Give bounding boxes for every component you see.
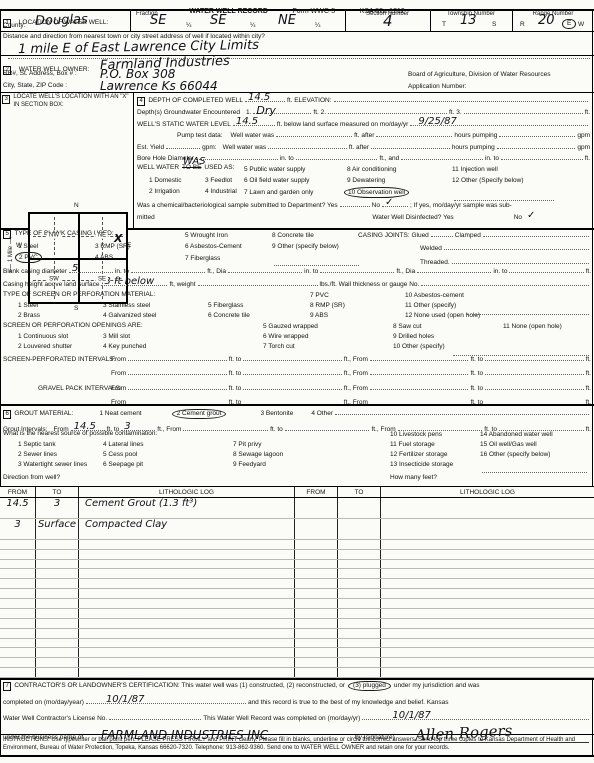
lith-to-cell[interactable] bbox=[36, 668, 79, 677]
casing-height-field[interactable]: 3 ft below bbox=[101, 278, 167, 286]
well-use-option[interactable]: 4 Industrial bbox=[205, 186, 237, 197]
diam-b: ft., Dia bbox=[207, 268, 226, 276]
lith-log-cell[interactable] bbox=[381, 569, 594, 578]
fraction-2-field[interactable]: SE bbox=[210, 13, 226, 28]
ft-label: ft. bbox=[586, 385, 591, 393]
lith-log-cell[interactable] bbox=[79, 619, 295, 628]
lith-from-cell[interactable] bbox=[0, 619, 36, 628]
gravel-row-2: From ft. to ft., From ft. to ft. bbox=[3, 397, 591, 407]
static-level-field[interactable]: 14.5 bbox=[233, 118, 275, 126]
lith-to-cell[interactable] bbox=[338, 540, 381, 549]
lith-log-cell[interactable] bbox=[381, 648, 594, 657]
lith-to-cell[interactable] bbox=[36, 599, 79, 608]
lith-from-cell[interactable] bbox=[295, 498, 338, 518]
lith-header-to: TO bbox=[338, 487, 381, 497]
lith-to-cell[interactable] bbox=[338, 599, 381, 608]
static-date-field[interactable]: 9/25/87 bbox=[410, 118, 588, 126]
grout-option-1[interactable]: 1 Neat cement bbox=[99, 410, 141, 418]
well-use-option[interactable]: 10 Observation well bbox=[344, 187, 409, 198]
lith-to-cell[interactable] bbox=[338, 619, 381, 628]
bore-a: in. to bbox=[280, 155, 294, 163]
county-label: County: bbox=[3, 22, 25, 30]
lith-log-cell[interactable]: Cement Grout (1.3 ft³) bbox=[79, 498, 295, 518]
openings-section: SCREEN OR PERFORATION OPENINGS ARE: 1 Co… bbox=[3, 322, 591, 352]
lith-table-row[interactable] bbox=[0, 668, 594, 678]
joints-welded[interactable]: Welded bbox=[420, 245, 442, 253]
diam-a: in. to bbox=[115, 268, 129, 276]
screen-option[interactable]: 2 Brass bbox=[18, 311, 40, 321]
lith-from-cell[interactable] bbox=[0, 599, 36, 608]
lith-from-cell[interactable] bbox=[295, 639, 338, 648]
contam-option[interactable]: 10 Livestock pens bbox=[390, 430, 442, 440]
lith-from-cell[interactable] bbox=[0, 569, 36, 578]
lith-from-cell[interactable] bbox=[295, 658, 338, 667]
lith-to-cell[interactable] bbox=[338, 550, 381, 559]
dotted-leader bbox=[128, 368, 226, 375]
dotted-leader bbox=[482, 466, 587, 473]
lith-log-cell[interactable] bbox=[381, 658, 594, 667]
dotted-leader bbox=[401, 153, 483, 160]
lith-log-cell[interactable] bbox=[381, 589, 594, 598]
casing-option[interactable]: 7 Fiberglass bbox=[185, 253, 220, 264]
quarter-glyph: ¼ bbox=[186, 22, 191, 30]
openings-option[interactable]: 5 Gauzed wrapped bbox=[263, 322, 318, 332]
lith-log-cell[interactable] bbox=[381, 540, 594, 549]
diam-f: ft. bbox=[586, 268, 591, 276]
casing-option[interactable]: 8 Concrete tile bbox=[272, 230, 314, 241]
well-use-col-4: 8 Air conditioning9 Dewatering10 Observa… bbox=[347, 164, 409, 198]
dotted-leader bbox=[499, 130, 575, 137]
lith-from-cell[interactable] bbox=[295, 648, 338, 657]
range-field[interactable]: 20 bbox=[538, 13, 555, 28]
lith-to-cell[interactable]: 3 bbox=[36, 498, 79, 518]
well-use-option[interactable]: 9 Dewatering bbox=[347, 175, 385, 186]
openings-option[interactable]: 3 Mill slot bbox=[103, 332, 130, 342]
grout-option-4[interactable]: 4 Other bbox=[311, 410, 333, 418]
section-number-box: 3 bbox=[2, 95, 10, 104]
lith-table-row[interactable] bbox=[0, 540, 594, 550]
lith-log-cell[interactable] bbox=[79, 589, 295, 598]
lith-log-cell[interactable] bbox=[79, 560, 295, 569]
groundwater-1-field[interactable]: Dry bbox=[253, 106, 311, 114]
casing-col-3: 5 Wrought Iron6 Asbestos-Cement7 Fibergl… bbox=[185, 230, 242, 264]
dotted-leader bbox=[334, 95, 588, 102]
contam-option[interactable]: 12 Fertilizer storage bbox=[390, 450, 447, 460]
casing-option[interactable]: 2 PVC bbox=[15, 252, 42, 263]
casing-option[interactable]: 1 Steel bbox=[18, 241, 38, 252]
screen-option[interactable]: 3 Stainless steel bbox=[103, 301, 150, 311]
lith-from-cell[interactable] bbox=[0, 550, 36, 559]
lith-log-cell[interactable] bbox=[381, 579, 594, 588]
water-well-record-form: WATER WELL RECORD Form WWC-5 KSA 82a-121… bbox=[0, 0, 594, 763]
lith-header-log: LITHOLOGIC LOG bbox=[381, 487, 594, 497]
lith-from-cell[interactable] bbox=[295, 599, 338, 608]
pump-test-label: Pump test data: bbox=[177, 132, 223, 140]
lith-log-cell[interactable] bbox=[381, 498, 594, 518]
fraction-3-field[interactable]: NE bbox=[278, 13, 296, 28]
contam-option[interactable]: 3 Watertight sewer lines bbox=[18, 460, 87, 470]
well-use-option[interactable]: 6 Oil field water supply bbox=[244, 175, 309, 186]
lith-log-cell[interactable] bbox=[381, 639, 594, 648]
cert-text-1: CONTRACTOR'S OR LANDOWNER'S CERTIFICATIO… bbox=[14, 682, 345, 690]
lith-to-cell[interactable] bbox=[36, 658, 79, 667]
lith-log-cell[interactable] bbox=[381, 550, 594, 559]
diam-c: in. to bbox=[304, 268, 318, 276]
lith-table-row[interactable] bbox=[0, 560, 594, 570]
lith-to-cell[interactable] bbox=[36, 639, 79, 648]
direction-from-well-label: Direction from well? bbox=[3, 474, 60, 482]
lith-to-cell[interactable] bbox=[338, 569, 381, 578]
dotted-leader bbox=[370, 354, 468, 361]
openings-option[interactable]: 8 Saw cut bbox=[393, 322, 422, 332]
lith-from-cell[interactable] bbox=[295, 519, 338, 539]
spacer bbox=[73, 408, 99, 415]
lith-to-cell[interactable] bbox=[338, 579, 381, 588]
lith-log-cell[interactable] bbox=[381, 599, 594, 608]
lith-to-cell[interactable] bbox=[36, 550, 79, 559]
openings-option[interactable]: 2 Louvered shutter bbox=[18, 342, 72, 352]
lith-from-cell[interactable] bbox=[295, 589, 338, 598]
dotted-leader bbox=[485, 354, 583, 361]
yield-a: gpm: bbox=[202, 144, 216, 152]
dotted-leader bbox=[340, 200, 370, 207]
lith-to-cell[interactable] bbox=[36, 619, 79, 628]
lith-log-cell[interactable]: Compacted Clay bbox=[79, 519, 295, 539]
height-a: ft, weight bbox=[169, 281, 195, 289]
lith-from-cell[interactable] bbox=[295, 560, 338, 569]
section-number-field[interactable]: 4 bbox=[383, 12, 393, 30]
screen-col-5: 10 Asbestos-cement11 Other (specify)12 N… bbox=[405, 291, 480, 321]
contam-option[interactable]: 14 Abandoned water well bbox=[480, 430, 553, 440]
lith-log-cell[interactable] bbox=[79, 579, 295, 588]
well-use-col-2: 3 Feedlot4 Industrial bbox=[205, 175, 237, 198]
screen-option[interactable]: 5 Fiberglass bbox=[208, 301, 243, 311]
lith-table-row[interactable] bbox=[0, 619, 594, 629]
grout-option-3[interactable]: 3 Bentonite bbox=[260, 410, 293, 418]
lith-log-cell[interactable] bbox=[381, 629, 594, 638]
casing-option[interactable]: 5 Wrought Iron bbox=[185, 230, 228, 241]
ft-to-label: ft. to bbox=[229, 356, 242, 364]
lith-log-cell[interactable] bbox=[79, 609, 295, 618]
contamination-section: What is the nearest source of possible c… bbox=[3, 430, 591, 486]
cert-row-1: 7 CONTRACTOR'S OR LANDOWNER'S CERTIFICAT… bbox=[3, 681, 591, 691]
lith-to-cell[interactable] bbox=[338, 609, 381, 618]
contam-option[interactable]: 6 Seepage pit bbox=[103, 460, 143, 470]
lith-log-cell[interactable] bbox=[79, 599, 295, 608]
well-use-option[interactable]: 2 Irrigation bbox=[149, 186, 180, 197]
screen-option[interactable]: 4 Galvanized steel bbox=[103, 311, 156, 321]
range-w: W bbox=[578, 21, 584, 29]
township-field[interactable]: 13 bbox=[460, 13, 477, 28]
well-use-option[interactable]: 1 Domestic bbox=[149, 175, 182, 186]
lith-from-cell[interactable] bbox=[0, 560, 36, 569]
dotted-leader bbox=[198, 279, 318, 286]
screen-option[interactable]: 6 Concrete tile bbox=[208, 311, 250, 321]
gravel-label: GRAVEL PACK INTERVALS: bbox=[3, 385, 111, 393]
pump-test-b: ft. after bbox=[354, 132, 374, 140]
lith-to-cell[interactable] bbox=[338, 589, 381, 598]
openings-option[interactable]: 1 Continuous slot bbox=[18, 332, 68, 342]
lith-from-cell[interactable] bbox=[295, 609, 338, 618]
lith-to-cell[interactable]: Surface bbox=[36, 519, 79, 539]
lith-from-cell[interactable]: 3 bbox=[0, 519, 36, 539]
dotted-leader bbox=[417, 266, 491, 273]
casing-option[interactable]: 9 Other (specify below) bbox=[272, 241, 339, 252]
range-e-circled[interactable]: E bbox=[562, 19, 576, 29]
lith-to-cell[interactable] bbox=[36, 589, 79, 598]
ft-from-label: ft., From bbox=[344, 385, 368, 393]
lith-from-cell[interactable] bbox=[295, 540, 338, 549]
contam-col-3: 7 Pit privy8 Sewage lagoon9 Feedyard bbox=[233, 440, 283, 470]
lith-table-row[interactable] bbox=[0, 589, 594, 599]
lith-log-cell[interactable] bbox=[79, 639, 295, 648]
openings-option[interactable]: 7 Torch cut bbox=[263, 342, 295, 352]
casing-option[interactable]: 6 Asbestos-Cement bbox=[185, 241, 242, 252]
county-field[interactable]: Douglas bbox=[35, 12, 88, 29]
lith-table-row[interactable] bbox=[0, 569, 594, 579]
well-use-label-2: USED AS: bbox=[204, 164, 234, 172]
screen-option[interactable]: 9 ABS bbox=[310, 311, 328, 321]
lith-from-cell[interactable] bbox=[0, 648, 36, 657]
casing-col-2: 3 RMP (SR)4 ABS bbox=[95, 241, 130, 264]
screen-col-4: 7 PVC8 RMP (SR)9 ABS bbox=[310, 291, 345, 321]
casing-option[interactable]: 4 ABS bbox=[95, 252, 113, 263]
lith-table-row[interactable] bbox=[0, 579, 594, 589]
fraction-1-field[interactable]: SE bbox=[150, 13, 166, 28]
depth-completed-field[interactable]: 14.5 bbox=[245, 94, 285, 102]
joints-clamped[interactable]: Clamped bbox=[455, 232, 481, 240]
openings-option[interactable]: 4 Key punched bbox=[103, 342, 146, 352]
contam-option[interactable]: 4 Lateral lines bbox=[103, 440, 143, 450]
contam-option[interactable]: 13 Insecticide storage bbox=[390, 460, 453, 470]
dotted-leader bbox=[328, 107, 447, 114]
screen-option[interactable]: 7 PVC bbox=[310, 291, 329, 301]
lith-table-row[interactable]: 3 Surface Compacted Clay bbox=[0, 519, 594, 540]
lith-to-cell[interactable] bbox=[338, 668, 381, 677]
lith-to-cell[interactable] bbox=[36, 609, 79, 618]
lith-from-cell[interactable]: 14.5 bbox=[0, 498, 36, 518]
dotted-leader bbox=[467, 308, 589, 315]
openings-col-5: 11 None (open hole) bbox=[503, 322, 562, 332]
how-many-feet-label: How many feet? bbox=[390, 474, 437, 482]
contam-option[interactable]: 1 Septic tank bbox=[18, 440, 56, 450]
form-number: Form WWC-5 bbox=[292, 8, 335, 15]
groundwater-label: Depth(s) Groundwater Encountered bbox=[137, 109, 240, 117]
ft-from-label: ft., From bbox=[344, 370, 368, 378]
casing-option[interactable]: 3 RMP (SR) bbox=[95, 241, 130, 252]
lith-log-cell[interactable] bbox=[381, 619, 594, 628]
sample-question: Was a chemical/bacteriological sample su… bbox=[137, 202, 338, 210]
certification-section: 7 CONTRACTOR'S OR LANDOWNER'S CERTIFICAT… bbox=[3, 681, 591, 733]
dotted-leader bbox=[128, 354, 226, 361]
lith-to-cell[interactable] bbox=[36, 629, 79, 638]
lith-table-row[interactable] bbox=[0, 658, 594, 668]
groundwater-row: Depth(s) Groundwater Encountered 1. Dry … bbox=[137, 106, 590, 117]
lith-table-row[interactable] bbox=[0, 648, 594, 658]
lith-log-cell[interactable] bbox=[79, 540, 295, 549]
contam-option[interactable]: 8 Sewage lagoon bbox=[233, 450, 283, 460]
contam-option[interactable]: 9 Feedyard bbox=[233, 460, 266, 470]
lith-to-cell[interactable] bbox=[338, 560, 381, 569]
screen-option[interactable]: 1 Steel bbox=[18, 301, 38, 311]
lith-to-cell[interactable] bbox=[338, 498, 381, 518]
dotted-leader bbox=[131, 266, 205, 273]
lith-from-cell[interactable] bbox=[295, 579, 338, 588]
diam-d: ft., Dia bbox=[396, 268, 415, 276]
lith-to-cell[interactable] bbox=[36, 648, 79, 657]
casing-diameter-field[interactable]: 5 bbox=[69, 265, 113, 273]
disinfected-label: Water Well Disinfected? Yes bbox=[372, 214, 453, 222]
well-use-was-handwriting: WAS bbox=[183, 156, 206, 168]
grout-section: 6 GROUT MATERIAL: 1 Neat cement 2 Cement… bbox=[3, 408, 591, 430]
lith-from-cell[interactable] bbox=[0, 589, 36, 598]
lith-log-cell[interactable] bbox=[79, 629, 295, 638]
lith-from-cell[interactable] bbox=[0, 540, 36, 549]
lith-from-cell[interactable] bbox=[0, 579, 36, 588]
dotted-leader bbox=[444, 243, 589, 250]
lith-to-cell[interactable] bbox=[338, 648, 381, 657]
lith-from-cell[interactable] bbox=[0, 658, 36, 667]
lith-log-cell[interactable] bbox=[79, 569, 295, 578]
screen-option[interactable]: 10 Asbestos-cement bbox=[405, 291, 464, 301]
lith-from-cell[interactable] bbox=[295, 629, 338, 638]
quarter-glyph: ¼ bbox=[250, 22, 255, 30]
well-use-option[interactable]: 3 Feedlot bbox=[205, 175, 232, 186]
well-use-option[interactable]: 8 Air conditioning bbox=[347, 164, 397, 175]
screen-col-3: 5 Fiberglass6 Concrete tile bbox=[208, 301, 250, 321]
lith-header-row: FROM TO LITHOLOGIC LOG FROM TO LITHOLOGI… bbox=[0, 487, 594, 498]
form-title: WATER WELL RECORD bbox=[189, 8, 268, 15]
locate-label-row: 3 LOCATE WELL'S LOCATION WITH AN "X" IN … bbox=[2, 94, 130, 110]
lith-from-cell[interactable] bbox=[295, 619, 338, 628]
cert-date-2-field[interactable]: 10/1/87 bbox=[362, 712, 589, 720]
lith-log-cell[interactable] bbox=[381, 668, 594, 677]
well-use-option[interactable]: 5 Public water supply bbox=[244, 164, 305, 175]
sample-no-label[interactable]: No bbox=[372, 202, 380, 210]
contam-option[interactable]: 7 Pit privy bbox=[233, 440, 262, 450]
grout-option-2-circled[interactable]: 2 Cement grout bbox=[172, 409, 227, 419]
contam-option[interactable]: 15 Oil well/Gas well bbox=[480, 440, 537, 450]
well-use-option[interactable]: 7 Lawn and garden only bbox=[244, 187, 313, 198]
openings-option[interactable]: 10 Other (specify) bbox=[393, 342, 445, 352]
depth-unit-elevation-label: ft. ELEVATION: bbox=[287, 97, 332, 105]
lith-log-cell[interactable] bbox=[381, 519, 594, 539]
well-use-option[interactable]: 11 Injection well bbox=[452, 164, 498, 175]
locate-section: 3 LOCATE WELL'S LOCATION WITH AN "X" IN … bbox=[0, 92, 133, 228]
lith-log-cell[interactable] bbox=[79, 668, 295, 677]
intervals-section: SCREEN-PERFORATED INTERVALS: From ft. to… bbox=[3, 354, 591, 404]
lith-log-cell[interactable] bbox=[381, 560, 594, 569]
openings-col-4: 8 Saw cut9 Drilled holes10 Other (specif… bbox=[393, 322, 445, 352]
dotted-leader bbox=[268, 142, 347, 149]
dotted-leader bbox=[483, 230, 589, 237]
lith-to-cell[interactable] bbox=[338, 658, 381, 667]
lith-from-cell[interactable] bbox=[295, 569, 338, 578]
casing-diameter-row: Blank casing diameter 5 in. to ft., Dia … bbox=[3, 265, 591, 276]
lith-table-row[interactable] bbox=[0, 550, 594, 560]
contam-option[interactable]: 11 Fuel storage bbox=[390, 440, 435, 450]
well-use-option[interactable]: 12 Other (Specify below) bbox=[452, 175, 524, 186]
ft-from-label: ft., From bbox=[344, 356, 368, 364]
lith-log-cell[interactable] bbox=[381, 609, 594, 618]
screen-col-1: 1 Steel2 Brass bbox=[18, 301, 40, 321]
disinfected-no-check: ✓ bbox=[524, 211, 558, 219]
lith-from-cell[interactable] bbox=[295, 668, 338, 677]
dotted-leader bbox=[335, 408, 589, 415]
well-use-col-3: 5 Public water supply6 Oil field water s… bbox=[244, 164, 313, 198]
openings-option[interactable]: 6 Wire wrapped bbox=[263, 332, 309, 342]
lith-from-cell[interactable] bbox=[0, 668, 36, 677]
lith-to-cell[interactable] bbox=[338, 639, 381, 648]
well-use-label-row: WELL WATER TO BE WAS USED AS: bbox=[137, 164, 234, 172]
dotted-leader bbox=[196, 153, 278, 160]
yield-b: Well water was bbox=[223, 144, 267, 152]
lith-log-cell[interactable] bbox=[79, 550, 295, 559]
lith-from-cell[interactable] bbox=[0, 609, 36, 618]
spacer bbox=[142, 408, 172, 415]
lith-to-cell[interactable] bbox=[36, 560, 79, 569]
township-s: S bbox=[492, 21, 496, 29]
spacer bbox=[241, 397, 343, 404]
lith-to-cell[interactable] bbox=[36, 540, 79, 549]
cert-date-1-field[interactable]: 10/1/87 bbox=[86, 696, 246, 704]
from-label: From bbox=[111, 370, 126, 378]
contam-option[interactable]: 16 Other (specify below) bbox=[480, 450, 550, 460]
lith-table-row[interactable] bbox=[0, 599, 594, 609]
lith-to-cell[interactable] bbox=[338, 519, 381, 539]
lith-log-cell[interactable] bbox=[79, 658, 295, 667]
quadrant-ne-label: NE bbox=[96, 233, 108, 239]
quarter-glyph: ¼ bbox=[315, 22, 320, 30]
owner-city-field[interactable]: Lawrence Ks 66044 bbox=[100, 79, 218, 93]
lith-from-cell[interactable] bbox=[0, 639, 36, 648]
lith-from-cell[interactable] bbox=[295, 550, 338, 559]
screen-option[interactable]: 8 RMP (SR) bbox=[310, 301, 345, 311]
screen-option[interactable]: 11 Other (specify) bbox=[405, 301, 456, 311]
sp-interval-row-1: SCREEN-PERFORATED INTERVALS: From ft. to… bbox=[3, 354, 591, 364]
casing-col-4: 8 Concrete tile9 Other (specify below) bbox=[272, 230, 339, 253]
sample-row: Was a chemical/bacteriological sample su… bbox=[137, 199, 590, 210]
pump-test-c: hours pumping bbox=[454, 132, 497, 140]
openings-option[interactable]: 11 None (open hole) bbox=[503, 322, 562, 332]
depth-completed-label: DEPTH OF COMPLETED WELL bbox=[148, 97, 243, 105]
pump-test-a: Well water was bbox=[231, 132, 275, 140]
lith-to-cell[interactable] bbox=[338, 629, 381, 638]
lith-table-row[interactable] bbox=[0, 629, 594, 639]
contam-option[interactable]: 5 Cess pool bbox=[103, 450, 137, 460]
lith-table-row[interactable] bbox=[0, 609, 594, 619]
grout-label: GROUT MATERIAL: bbox=[14, 410, 73, 418]
lith-to-cell[interactable] bbox=[36, 579, 79, 588]
lith-table-row[interactable] bbox=[0, 639, 594, 649]
owner-city-label: City, State, ZIP Code : bbox=[3, 82, 67, 90]
ft-to-label: ft. to bbox=[470, 370, 483, 378]
lith-from-cell[interactable] bbox=[0, 629, 36, 638]
township-t: T bbox=[442, 21, 446, 29]
sp-interval-row-2: From ft. to ft., From ft. to ft. bbox=[3, 368, 591, 378]
ft-to-label: ft. to bbox=[229, 370, 242, 378]
lith-to-cell[interactable] bbox=[36, 569, 79, 578]
openings-option[interactable]: 9 Drilled holes bbox=[393, 332, 434, 342]
application-number-label: Application Number: bbox=[408, 83, 467, 91]
disinfected-no-label[interactable]: No bbox=[514, 214, 522, 222]
rule bbox=[0, 31, 594, 32]
lith-log-cell[interactable] bbox=[79, 648, 295, 657]
contam-option[interactable]: 2 Sewer lines bbox=[18, 450, 57, 460]
lith-table-row[interactable]: 14.5 3 Cement Grout (1.3 ft³) bbox=[0, 498, 594, 519]
contamination-label: What is the nearest source of possible c… bbox=[3, 430, 157, 438]
openings-col-1: 1 Continuous slot2 Louvered shutter bbox=[18, 332, 72, 352]
